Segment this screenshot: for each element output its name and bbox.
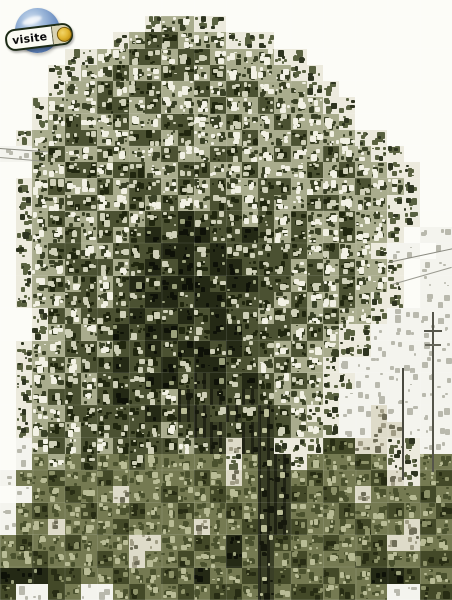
mosaic-tile <box>242 324 259 341</box>
mosaic-tile <box>291 32 308 49</box>
mosaic-tile <box>371 81 388 98</box>
mosaic-tile <box>226 454 243 471</box>
mosaic-tile <box>178 341 195 358</box>
mosaic-tile <box>32 178 49 195</box>
mosaic-tile <box>65 178 82 195</box>
mosaic-tile <box>48 292 65 309</box>
mosaic-tile <box>420 146 437 163</box>
mosaic-tile <box>81 146 98 163</box>
mosaic-tile <box>81 422 98 439</box>
mosaic-tile <box>436 389 452 406</box>
mosaic-tile <box>97 389 114 406</box>
mosaic-tile <box>0 405 17 422</box>
mosaic-tile <box>226 259 243 276</box>
mosaic-tile <box>258 292 275 309</box>
mosaic-tile <box>242 195 259 212</box>
mosaic-tile <box>113 422 130 439</box>
mosaic-tile <box>0 438 17 455</box>
mosaic-tile <box>161 503 178 520</box>
mosaic-tile <box>371 535 388 552</box>
mosaic-tile <box>371 503 388 520</box>
mosaic-tile <box>113 32 130 49</box>
mosaic-tile <box>0 243 17 260</box>
mosaic-tile <box>81 243 98 260</box>
mosaic-tile <box>178 519 195 536</box>
mosaic-tile <box>32 243 49 260</box>
mosaic-tile <box>113 503 130 520</box>
mosaic-tile <box>48 584 65 600</box>
mosaic-tile <box>178 405 195 422</box>
mosaic-tile <box>145 97 162 114</box>
mosaic-tile <box>291 16 308 33</box>
mosaic-tile <box>178 162 195 179</box>
mosaic-tile <box>194 49 211 66</box>
mosaic-tile <box>355 195 372 212</box>
mosaic-tile <box>16 389 33 406</box>
mosaic-tile <box>210 341 227 358</box>
mosaic-tile <box>113 341 130 358</box>
mosaic-tile <box>291 227 308 244</box>
mosaic-tile <box>32 470 49 487</box>
mosaic-tile <box>178 422 195 439</box>
mosaic-tile <box>420 308 437 325</box>
mosaic-tile <box>436 470 452 487</box>
mosaic-tile <box>32 162 49 179</box>
mosaic-tile <box>436 65 452 82</box>
mosaic-tile <box>420 568 437 585</box>
mosaic-tile <box>226 438 243 455</box>
mosaic-tile <box>420 195 437 212</box>
mosaic-tile <box>16 65 33 82</box>
mosaic-tile <box>16 97 33 114</box>
mosaic-tile <box>307 357 324 374</box>
mosaic-tile <box>371 49 388 66</box>
mosaic-tile <box>307 81 324 98</box>
mosaic-tile <box>113 130 130 147</box>
mosaic-tile <box>129 195 146 212</box>
mosaic-tile <box>210 276 227 293</box>
mosaic-tile <box>194 308 211 325</box>
mosaic-tile <box>113 405 130 422</box>
mosaic-tile <box>258 114 275 131</box>
mosaic-tile <box>371 422 388 439</box>
mosaic-tile <box>274 438 291 455</box>
mosaic-tile <box>210 146 227 163</box>
mosaic-tile <box>323 211 340 228</box>
mosaic-tile <box>436 438 452 455</box>
mosaic-tile <box>97 65 114 82</box>
mosaic-tile <box>16 519 33 536</box>
mosaic-tile <box>258 195 275 212</box>
mosaic-tile <box>307 292 324 309</box>
mosaic-tile <box>194 519 211 536</box>
mosaic-tile <box>307 470 324 487</box>
mosaic-tile <box>65 519 82 536</box>
mosaic-tile <box>404 551 421 568</box>
mosaic-tile <box>355 65 372 82</box>
mosaic-tile <box>16 292 33 309</box>
mosaic-tile <box>371 438 388 455</box>
mosaic-tile <box>178 32 195 49</box>
mosaic-tile <box>97 162 114 179</box>
mosaic-tile <box>420 341 437 358</box>
mosaic-tile <box>291 405 308 422</box>
mosaic-tile <box>194 16 211 33</box>
mosaic-tile <box>258 178 275 195</box>
mosaic-tile <box>420 49 437 66</box>
mosaic-tile <box>274 357 291 374</box>
mosaic-tile <box>387 49 404 66</box>
mosaic-tile <box>145 243 162 260</box>
mosaic-tile <box>291 389 308 406</box>
mosaic-tile <box>371 195 388 212</box>
mosaic-tile <box>371 32 388 49</box>
mosaic-tile <box>355 32 372 49</box>
mosaic-tile <box>307 535 324 552</box>
mosaic-tile <box>307 519 324 536</box>
mosaic-tile <box>65 243 82 260</box>
mosaic-tile <box>0 130 17 147</box>
mosaic-tile <box>436 373 452 390</box>
mosaic-tile <box>387 211 404 228</box>
mosaic-tile <box>291 81 308 98</box>
mosaic-tile <box>194 162 211 179</box>
mosaic-tile <box>355 130 372 147</box>
mosaic-tile <box>145 486 162 503</box>
mosaic-tile <box>258 0 275 17</box>
mosaic-tile <box>0 568 17 585</box>
mosaic-tile <box>194 454 211 471</box>
mosaic-tile <box>307 324 324 341</box>
mosaic-tile <box>161 49 178 66</box>
mosaic-tile <box>436 535 452 552</box>
mosaic-tile <box>65 162 82 179</box>
mosaic-tile <box>97 357 114 374</box>
mosaic-tile <box>291 373 308 390</box>
mosaic-tile <box>323 195 340 212</box>
mosaic-tile <box>145 49 162 66</box>
mosaic-tile <box>161 276 178 293</box>
mosaic-tile <box>339 438 356 455</box>
mosaic-tile <box>194 65 211 82</box>
mosaic-tile <box>291 341 308 358</box>
mosaic-tile <box>339 486 356 503</box>
mosaic-tile <box>436 308 452 325</box>
mosaic-tile <box>355 146 372 163</box>
mosaic-tile <box>194 357 211 374</box>
mosaic-tile <box>355 308 372 325</box>
mosaic-tile <box>97 438 114 455</box>
mosaic-tile <box>0 551 17 568</box>
logo-text: visite <box>7 31 48 47</box>
mosaic-tile <box>161 486 178 503</box>
mosaic-tile <box>307 405 324 422</box>
mosaic-tile <box>210 454 227 471</box>
mosaic-tile <box>97 568 114 585</box>
mosaic-tile <box>161 405 178 422</box>
mosaic-tile <box>81 584 98 600</box>
mosaic-tile <box>404 16 421 33</box>
mosaic-tile <box>145 292 162 309</box>
mosaic-tile <box>32 259 49 276</box>
mosaic-tile <box>48 470 65 487</box>
mosaic-tile <box>242 259 259 276</box>
mosaic-tile <box>226 243 243 260</box>
mosaic-tile <box>436 195 452 212</box>
mosaic-tile <box>387 227 404 244</box>
mosaic-tile <box>97 276 114 293</box>
mosaic-tile <box>404 486 421 503</box>
mosaic-tile <box>436 243 452 260</box>
mosaic-tile <box>323 32 340 49</box>
mosaic-tile <box>129 97 146 114</box>
mosaic-tile <box>436 211 452 228</box>
mosaic-tile <box>355 389 372 406</box>
mosaic-tile <box>323 422 340 439</box>
mosaic-tile <box>145 324 162 341</box>
mosaic-tile <box>436 162 452 179</box>
mosaic-tile <box>210 308 227 325</box>
mosaic-tile <box>32 292 49 309</box>
mosaic-tile <box>291 276 308 293</box>
mosaic-tile <box>194 535 211 552</box>
mosaic-tile <box>371 146 388 163</box>
mosaic-tile <box>307 146 324 163</box>
mosaic-tile <box>307 276 324 293</box>
mosaic-tile <box>129 227 146 244</box>
mosaic-tile <box>65 324 82 341</box>
mosaic-tile <box>65 551 82 568</box>
mosaic-tile <box>210 405 227 422</box>
mosaic-tile <box>81 535 98 552</box>
mosaic-tile <box>161 438 178 455</box>
mosaic-tile <box>436 276 452 293</box>
mosaic-tile <box>355 324 372 341</box>
mosaic-tile <box>242 341 259 358</box>
mosaic-tile <box>339 195 356 212</box>
mosaic-tile <box>387 65 404 82</box>
mosaic-tile <box>0 373 17 390</box>
mosaic-tile <box>97 454 114 471</box>
mosaic-tile <box>48 243 65 260</box>
mosaic-tile <box>65 584 82 600</box>
mosaic-tile <box>65 195 82 212</box>
mosaic-tile <box>291 243 308 260</box>
mosaic-tile <box>242 81 259 98</box>
mosaic-tile <box>274 0 291 17</box>
mosaic-tile <box>48 454 65 471</box>
mosaic-tile <box>323 178 340 195</box>
mosaic-tile <box>97 227 114 244</box>
mosaic-tile <box>242 584 259 600</box>
mosaic-tile <box>371 341 388 358</box>
mosaic-tile <box>48 486 65 503</box>
mosaic-tile <box>387 292 404 309</box>
mosaic-tile <box>81 551 98 568</box>
mosaic-tile <box>48 146 65 163</box>
mosaic-tile <box>355 405 372 422</box>
mosaic-tile <box>226 81 243 98</box>
mosaic-tile <box>113 551 130 568</box>
mosaic-tile <box>371 130 388 147</box>
mosaic-tile <box>0 211 17 228</box>
mosaic-tile <box>129 438 146 455</box>
mosaic-tile <box>274 65 291 82</box>
mosaic-tile <box>274 389 291 406</box>
mosaic-tile <box>371 389 388 406</box>
mosaic-tile <box>161 535 178 552</box>
mosaic-tile <box>81 32 98 49</box>
mosaic-tile <box>226 308 243 325</box>
mosaic-tile <box>178 324 195 341</box>
mosaic-tile <box>161 130 178 147</box>
mosaic-tile <box>387 81 404 98</box>
mosaic-tile <box>161 568 178 585</box>
mosaic-tile <box>65 470 82 487</box>
mosaic-tile <box>178 373 195 390</box>
mosaic-tile <box>307 568 324 585</box>
mosaic-tile <box>307 243 324 260</box>
mosaic-tile <box>355 341 372 358</box>
mosaic-tile <box>323 519 340 536</box>
mosaic-tile <box>32 373 49 390</box>
mosaic-tile <box>436 486 452 503</box>
mosaic-tile <box>194 195 211 212</box>
mosaic-tile <box>145 65 162 82</box>
mosaic-tile <box>404 584 421 600</box>
mosaic-tile <box>307 373 324 390</box>
mosaic-tile <box>274 97 291 114</box>
mosaic-tile <box>242 65 259 82</box>
mosaic-tile <box>194 324 211 341</box>
mosaic-tile <box>404 146 421 163</box>
mosaic-tile <box>420 16 437 33</box>
mosaic-tile <box>161 195 178 212</box>
mosaic-tile <box>145 276 162 293</box>
mosaic-tile <box>16 195 33 212</box>
mosaic-tile <box>32 584 49 600</box>
mosaic-tile <box>81 227 98 244</box>
mosaic-tile <box>81 373 98 390</box>
mosaic-tile <box>258 162 275 179</box>
mosaic-tile <box>178 292 195 309</box>
mosaic-tile <box>339 389 356 406</box>
mosaic-tile <box>161 470 178 487</box>
mosaic-tile <box>355 519 372 536</box>
mosaic-tile <box>32 535 49 552</box>
mosaic-tile <box>420 162 437 179</box>
mosaic-tile <box>436 341 452 358</box>
mosaic-tile <box>258 470 275 487</box>
mosaic-tile <box>242 276 259 293</box>
mosaic-tile <box>436 130 452 147</box>
mosaic-tile <box>65 405 82 422</box>
mosaic-tile <box>48 341 65 358</box>
mosaic-tile <box>323 308 340 325</box>
mosaic-tile <box>258 211 275 228</box>
mosaic-tile <box>387 470 404 487</box>
mosaic-tile <box>274 470 291 487</box>
mosaic-tile <box>307 114 324 131</box>
mosaic-tile <box>32 195 49 212</box>
mosaic-tile <box>371 292 388 309</box>
mosaic-tile <box>274 146 291 163</box>
mosaic-tile <box>178 97 195 114</box>
mosaic-tile <box>97 308 114 325</box>
mosaic-tile <box>129 276 146 293</box>
mosaic-tile <box>145 259 162 276</box>
mosaic-tile <box>307 162 324 179</box>
mosaic-tile <box>16 373 33 390</box>
mosaic-tile <box>161 389 178 406</box>
mosaic-tile <box>81 357 98 374</box>
mosaic-tile <box>0 535 17 552</box>
mosaic-tile <box>274 341 291 358</box>
mosaic-tile <box>178 308 195 325</box>
mosaic-tile <box>194 405 211 422</box>
mosaic-tile <box>16 454 33 471</box>
mosaic-tile <box>242 211 259 228</box>
mosaic-tile <box>210 292 227 309</box>
mosaic-tile <box>161 519 178 536</box>
mosaic-tile <box>371 211 388 228</box>
mosaic-tile <box>242 486 259 503</box>
mosaic-tile <box>404 211 421 228</box>
mosaic-tile <box>274 373 291 390</box>
mosaic-tile <box>97 292 114 309</box>
mosaic-tile <box>339 114 356 131</box>
mosaic-tile <box>65 292 82 309</box>
mosaic-tile <box>48 195 65 212</box>
mosaic-tile <box>420 324 437 341</box>
mosaic-tile <box>387 276 404 293</box>
mosaic-tile <box>145 551 162 568</box>
mosaic-tile <box>226 503 243 520</box>
mosaic-tile <box>323 341 340 358</box>
mosaic-tile <box>242 535 259 552</box>
mosaic-tile <box>16 357 33 374</box>
mosaic-tile <box>48 438 65 455</box>
mosaic-tile <box>436 259 452 276</box>
mosaic-tile <box>97 211 114 228</box>
mosaic-tile <box>48 405 65 422</box>
mosaic-tile <box>226 519 243 536</box>
mosaic-tile <box>291 292 308 309</box>
mosaic-tile <box>420 405 437 422</box>
mosaic-tile <box>32 324 49 341</box>
mosaic-tile <box>242 130 259 147</box>
mosaic-tile <box>113 373 130 390</box>
mosaic-tile <box>404 162 421 179</box>
mosaic-tile <box>242 308 259 325</box>
mosaic-tile <box>129 389 146 406</box>
mosaic-tile <box>16 81 33 98</box>
mosaic-tile <box>371 0 388 17</box>
mosaic-tile <box>436 503 452 520</box>
mosaic-tile <box>32 519 49 536</box>
mosaic-tile <box>307 422 324 439</box>
mosaic-tile <box>178 146 195 163</box>
mosaic-tile <box>323 162 340 179</box>
mosaic-tile <box>129 178 146 195</box>
mosaic-tile <box>48 81 65 98</box>
mosaic-tile <box>129 357 146 374</box>
mosaic-tile <box>16 276 33 293</box>
mosaic-tile <box>291 146 308 163</box>
mosaic-tile <box>420 81 437 98</box>
mosaic-tile <box>210 243 227 260</box>
mosaic-tile <box>32 405 49 422</box>
